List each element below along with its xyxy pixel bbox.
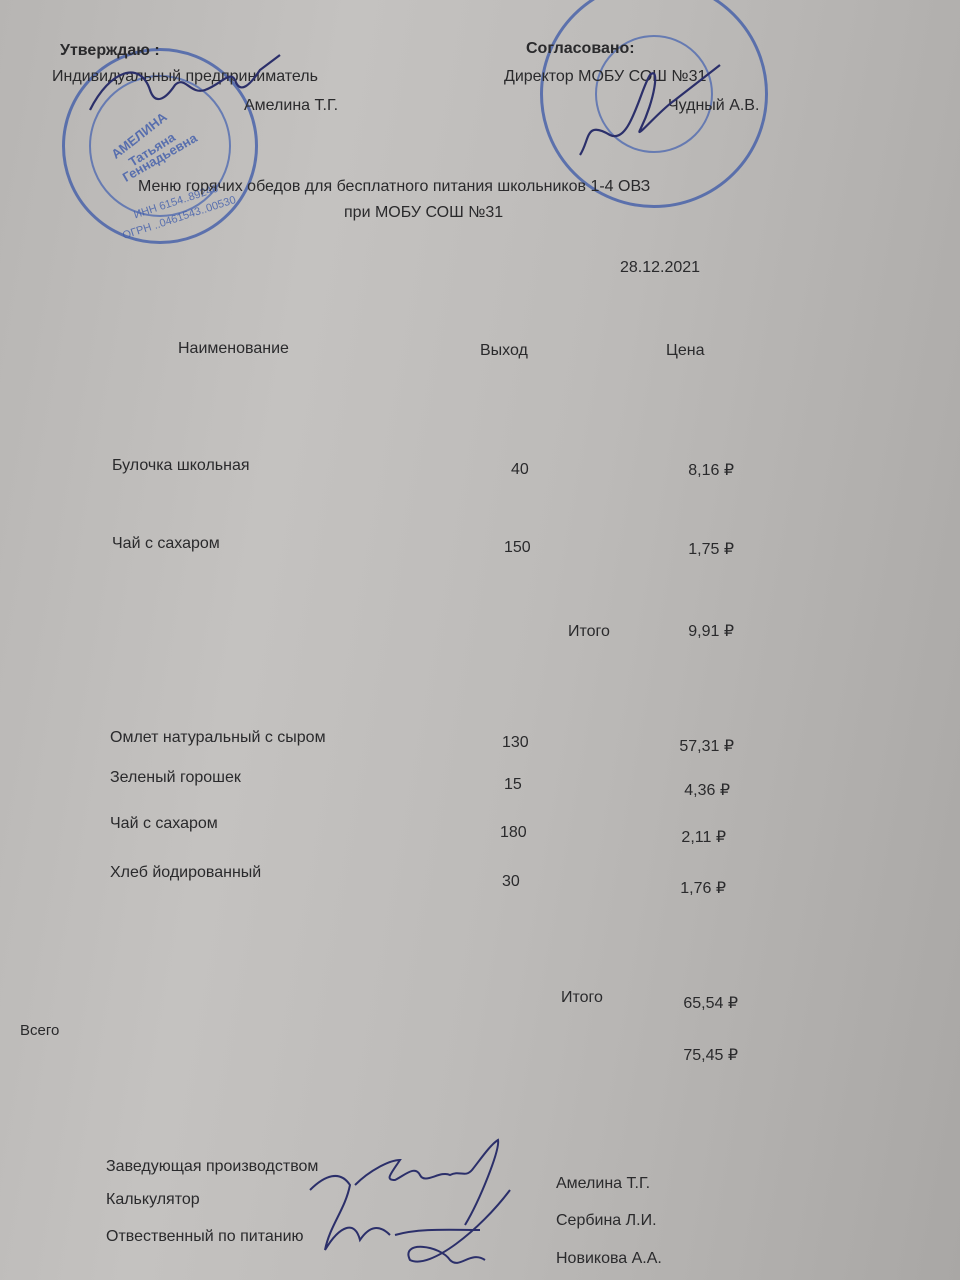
approve-signature (80, 50, 300, 130)
signatory-role: Отвественный по питанию (106, 1228, 304, 1246)
item-price: 4,36 ₽ (684, 782, 730, 800)
subtotal-value: 65,54 ₽ (683, 995, 738, 1013)
column-header-name: Наименование (178, 340, 289, 358)
signatory-role: Калькулятор (106, 1191, 200, 1209)
subtotal-label: Итого (561, 989, 603, 1007)
signatory-name: Амелина Т.Г. (556, 1175, 650, 1193)
grand-total-value: 75,45 ₽ (683, 1047, 738, 1065)
document-title-line1: Меню горячих обедов для бесплатного пита… (138, 178, 650, 196)
item-yield: 30 (502, 873, 520, 891)
subtotal-label: Итого (568, 623, 610, 641)
item-price: 57,31 ₽ (679, 738, 734, 756)
item-price: 2,11 ₽ (681, 829, 726, 847)
item-name: Булочка школьная (112, 457, 250, 475)
item-price: 8,16 ₽ (688, 462, 734, 480)
production-head-signature (300, 1130, 560, 1280)
item-yield: 15 (504, 776, 522, 794)
item-yield: 180 (500, 824, 527, 842)
document-title-line2: при МОБУ СОШ №31 (344, 204, 503, 222)
column-header-price: Цена (666, 342, 704, 360)
item-price: 1,75 ₽ (688, 541, 734, 559)
subtotal-value: 9,91 ₽ (688, 623, 734, 641)
item-name: Зеленый горошек (110, 769, 241, 787)
item-name: Чай с сахаром (110, 815, 218, 833)
signatory-role: Заведующая производством (106, 1158, 318, 1176)
agree-signature (570, 60, 750, 170)
item-name: Омлет натуральный с сыром (110, 729, 326, 747)
menu-date: 28.12.2021 (620, 259, 700, 277)
item-name: Чай с сахаром (112, 535, 220, 553)
grand-total-label: Всего (20, 1022, 59, 1040)
item-yield: 150 (504, 539, 531, 557)
item-yield: 40 (511, 461, 529, 479)
item-yield: 130 (502, 734, 529, 752)
signatory-name: Сербина Л.И. (556, 1212, 657, 1230)
agree-label: Согласовано: (526, 40, 635, 58)
item-name: Хлеб йодированный (110, 864, 261, 882)
signatory-name: Новикова А.А. (556, 1250, 662, 1268)
item-price: 1,76 ₽ (680, 880, 726, 898)
column-header-yield: Выход (480, 342, 528, 360)
